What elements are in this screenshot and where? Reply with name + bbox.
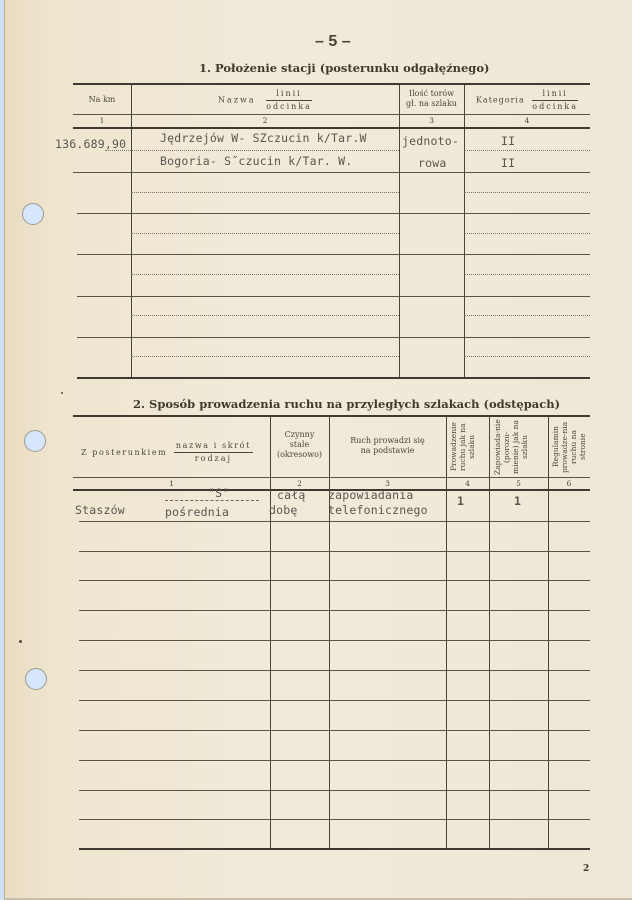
punch-hole-top bbox=[22, 203, 44, 225]
col-header-name: Nazwa linii odcinka bbox=[131, 89, 399, 112]
col-header-tracks: Ilość torów gł. na szlaku bbox=[399, 89, 464, 109]
km-value: 136.689,90 bbox=[55, 137, 126, 151]
col-header-conduct: Prowadzenie ruchu jak na szlaku bbox=[449, 419, 487, 475]
col-header-km: Na km bbox=[73, 95, 131, 105]
col-header-regulation: Regulamin prowadze-nia ruchu na stronie bbox=[551, 419, 589, 475]
line-name: Bogoria- S˝czucin k/Tar. W. bbox=[160, 154, 352, 168]
track-count: jednoto- bbox=[402, 134, 459, 148]
post-type: pośrednia bbox=[165, 505, 229, 519]
category-value: II bbox=[501, 156, 515, 170]
post-abbrev: "S" bbox=[208, 486, 229, 500]
document-page: – 5 – 1. Położenie stacji (posterunku od… bbox=[4, 0, 632, 900]
col-header-post: Z posterunkiem nazwa i skrót rodzaj bbox=[73, 441, 270, 464]
punch-hole-bottom bbox=[25, 668, 47, 690]
ink-speck bbox=[61, 392, 63, 394]
ink-speck bbox=[19, 640, 22, 643]
punch-hole-middle bbox=[24, 430, 46, 452]
post-name: Staszów bbox=[75, 503, 125, 517]
conduct-value: 1 bbox=[457, 494, 464, 508]
page-number-bottom: 2 bbox=[583, 864, 589, 874]
page-number-top: – 5 – bbox=[315, 33, 351, 51]
traffic-basis: zapowiadania telefonicznego bbox=[328, 488, 428, 518]
col-header-category: Kategoria linii odcinka bbox=[464, 89, 590, 112]
section2-title: 2. Sposób prowadzenia ruchu na przyległy… bbox=[133, 397, 560, 411]
track-count: rowa bbox=[418, 156, 447, 170]
active-period: całą dobę bbox=[269, 488, 306, 518]
col-header-announce: Zapowiada-nie (porozu-mienie) jak na szl… bbox=[493, 419, 545, 475]
col-header-active: Czynny stale (okresowo) bbox=[270, 430, 329, 460]
announce-value: 1 bbox=[514, 494, 521, 508]
section1-title: 1. Położenie stacji (posterunku odgałęźn… bbox=[199, 61, 489, 75]
col-header-basis: Ruch prowadzi się na podstawie bbox=[329, 436, 446, 456]
line-name: Jędrzejów W- SZczucin k/Tar.W bbox=[160, 131, 367, 145]
category-value: II bbox=[501, 134, 515, 148]
